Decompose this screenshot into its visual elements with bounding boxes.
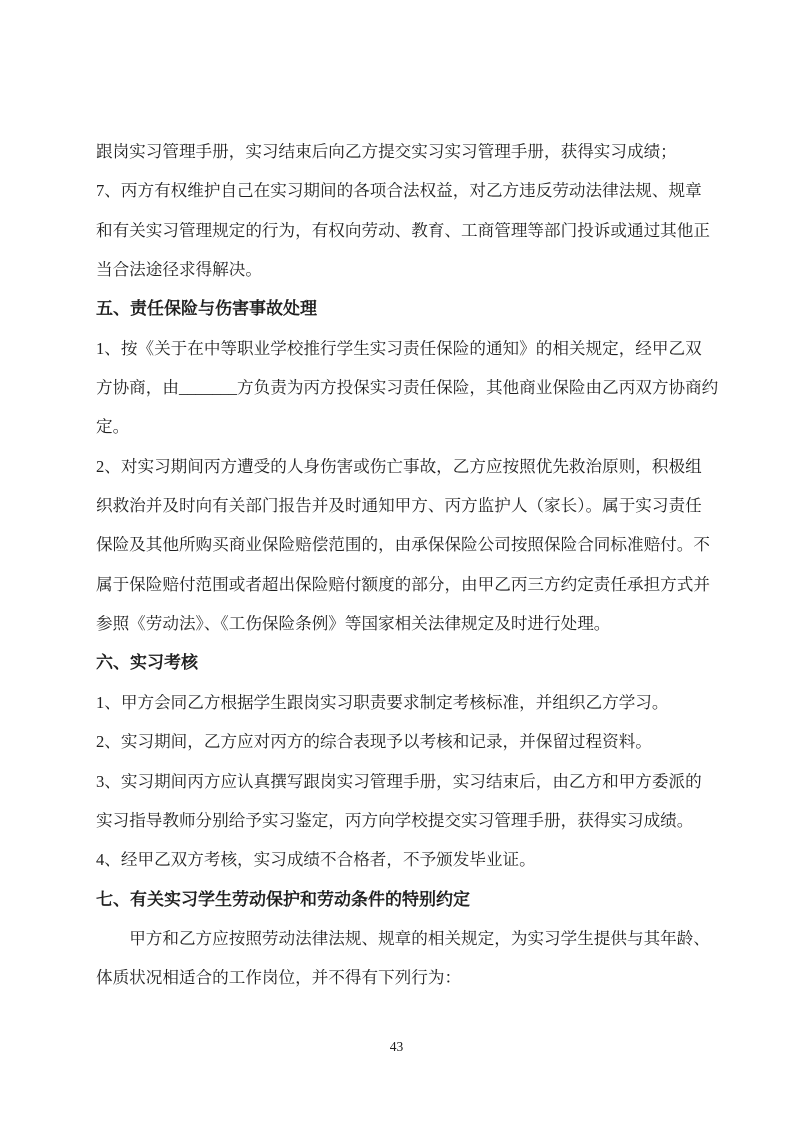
text-line: 7、丙方有权维护自己在实习期间的各项合法权益，对乙方违反劳动法律法规、规章 [96, 171, 716, 210]
paragraph: 7、丙方有权维护自己在实习期间的各项合法权益，对乙方违反劳动法律法规、规章和有关… [96, 171, 716, 289]
paragraph: 3、实习期间丙方应认真撰写跟岗实习管理手册，实习结束后，由乙方和甲方委派的实习指… [96, 762, 716, 841]
paragraph: 跟岗实习管理手册，实习结束后向乙方提交实习实习管理手册，获得实习成绩； [96, 132, 716, 171]
page-number: 43 [0, 1036, 793, 1058]
text-line: 2、对实习期间丙方遭受的人身伤害或伤亡事故，乙方应按照优先救治原则，积极组 [96, 447, 716, 486]
text-line: 4、经甲乙双方考核，实习成绩不合格者，不予颁发毕业证。 [96, 840, 716, 879]
text-line: 参照《劳动法》、《工伤保险条例》等国家相关法律规定及时进行处理。 [96, 604, 716, 643]
text-line: 六、实习考核 [96, 643, 716, 682]
text-line: 实习指导教师分别给予实习鉴定，丙方向学校提交实习管理手册，获得实习成绩。 [96, 801, 716, 840]
text-line: 七、有关实习学生劳动保护和劳动条件的特别约定 [96, 880, 716, 919]
text-line: 体质状况相适合的工作岗位，并不得有下列行为： [96, 958, 716, 997]
text-line: 和有关实习管理规定的行为，有权向劳动、教育、工商管理等部门投诉或通过其他正 [96, 211, 716, 250]
text-line: 跟岗实习管理手册，实习结束后向乙方提交实习实习管理手册，获得实习成绩； [96, 132, 716, 171]
section-heading: 七、有关实习学生劳动保护和劳动条件的特别约定 [96, 880, 716, 919]
text-line: 1、甲方会同乙方根据学生跟岗实习职责要求制定考核标准，并组织乙方学习。 [96, 683, 716, 722]
text-line: 定。 [96, 407, 716, 446]
text-line: 属于保险赔付范围或者超出保险赔付额度的部分，由甲乙丙三方约定责任承担方式并 [96, 565, 716, 604]
text-line: 织救治并及时向有关部门报告并及时通知甲方、丙方监护人（家长）。属于实习责任 [96, 486, 716, 525]
paragraph: 1、按《关于在中等职业学校推行学生实习责任保险的通知》的相关规定，经甲乙双方协商… [96, 329, 716, 447]
text-line: 方协商，由_______方负责为丙方投保实习责任保险，其他商业保险由乙丙双方协商… [96, 368, 716, 407]
paragraph: 1、甲方会同乙方根据学生跟岗实习职责要求制定考核标准，并组织乙方学习。 [96, 683, 716, 722]
text-line: 当合法途径求得解决。 [96, 250, 716, 289]
text-line: 3、实习期间丙方应认真撰写跟岗实习管理手册，实习结束后，由乙方和甲方委派的 [96, 762, 716, 801]
document-content: 跟岗实习管理手册，实习结束后向乙方提交实习实习管理手册，获得实习成绩；7、丙方有… [96, 132, 716, 998]
text-line: 五、责任保险与伤害事故处理 [96, 289, 716, 328]
text-line: 2、实习期间，乙方应对丙方的综合表现予以考核和记录，并保留过程资料。 [96, 722, 716, 761]
text-line: 保险及其他所购买商业保险赔偿范围的，由承保保险公司按照保险合同标准赔付。不 [96, 525, 716, 564]
paragraph: 4、经甲乙双方考核，实习成绩不合格者，不予颁发毕业证。 [96, 840, 716, 879]
paragraph: 2、对实习期间丙方遭受的人身伤害或伤亡事故，乙方应按照优先救治原则，积极组织救治… [96, 447, 716, 644]
document-page: 跟岗实习管理手册，实习结束后向乙方提交实习实习管理手册，获得实习成绩；7、丙方有… [0, 0, 793, 1122]
section-heading: 五、责任保险与伤害事故处理 [96, 289, 716, 328]
paragraph: 2、实习期间，乙方应对丙方的综合表现予以考核和记录，并保留过程资料。 [96, 722, 716, 761]
section-heading: 六、实习考核 [96, 643, 716, 682]
paragraph: 甲方和乙方应按照劳动法律法规、规章的相关规定，为实习学生提供与其年龄、体质状况相… [96, 919, 716, 998]
text-line: 1、按《关于在中等职业学校推行学生实习责任保险的通知》的相关规定，经甲乙双 [96, 329, 716, 368]
text-line: 甲方和乙方应按照劳动法律法规、规章的相关规定，为实习学生提供与其年龄、 [96, 919, 716, 958]
